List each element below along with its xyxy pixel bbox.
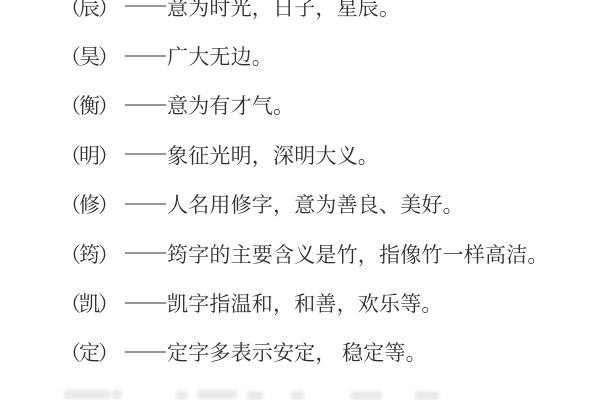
entry-meaning: 意为时光，日子，星辰。 xyxy=(167,0,400,22)
document-page: { "page": { "background": "#ffffff", "te… xyxy=(0,0,600,400)
paren-close: ） xyxy=(98,243,117,267)
entry-character: 衡 xyxy=(79,94,98,118)
clipped-glyph-fragment xyxy=(291,391,304,400)
entry-character-group: （明） xyxy=(60,140,117,170)
entry-meaning: 人名用修字，意为善良、美好。 xyxy=(167,189,464,219)
entry-character: 辰 xyxy=(79,0,98,20)
entry-meaning: 筠字的主要含义是竹，指像竹一样高洁。 xyxy=(167,239,549,269)
entry-meaning: 凯字指温和，和善，欢乐等。 xyxy=(167,288,443,318)
list-item: （定）——定字多表示安定， 稳定等。 xyxy=(0,328,600,377)
list-item: （衡）——意为有才气。 xyxy=(0,81,600,130)
entry-meaning: 象征光明，深明大义。 xyxy=(167,140,379,170)
em-dash-separator: —— xyxy=(125,42,165,67)
clipped-glyph-fragment xyxy=(64,390,110,399)
paren-close: ） xyxy=(98,144,117,168)
em-dash-separator: —— xyxy=(125,0,165,17)
paren-open: （ xyxy=(60,243,79,267)
clipped-glyph-fragment xyxy=(197,390,237,399)
entry-character-group: （衡） xyxy=(60,90,117,120)
clipped-glyph-fragment xyxy=(350,391,382,400)
list-item: （修）——人名用修字，意为善良、美好。 xyxy=(0,180,600,229)
entry-character: 昊 xyxy=(79,45,98,69)
paren-open: （ xyxy=(60,144,79,168)
em-dash-separator: —— xyxy=(125,338,165,363)
paren-open: （ xyxy=(60,94,79,118)
clipped-glyph-fragment xyxy=(247,391,263,400)
entry-character-group: （昊） xyxy=(60,41,117,71)
list-item: （筠）——筠字的主要含义是竹，指像竹一样高洁。 xyxy=(0,229,600,278)
clipped-glyph-fragment xyxy=(112,390,122,399)
entry-character: 筠 xyxy=(79,243,98,267)
em-dash-separator: —— xyxy=(125,91,165,116)
entry-meaning: 定字多表示安定， 稳定等。 xyxy=(167,337,427,367)
list-item: （凯）——凯字指温和，和善，欢乐等。 xyxy=(0,278,600,327)
em-dash-separator: —— xyxy=(125,239,165,264)
entry-character-group: （筠） xyxy=(60,239,117,269)
paren-open: （ xyxy=(60,0,79,20)
entry-meaning: 广大无边。 xyxy=(167,41,273,71)
entry-character: 定 xyxy=(79,341,98,365)
entry-character: 修 xyxy=(79,193,98,217)
list-item: （昊）——广大无边。 xyxy=(0,31,600,80)
paren-close: ） xyxy=(98,341,117,365)
clipped-glyph-fragment xyxy=(176,391,188,400)
paren-close: ） xyxy=(98,45,117,69)
list-rows: （辰）——意为时光，日子，星辰。（昊）——广大无边。（衡）——意为有才气。（明）… xyxy=(0,0,600,377)
entry-character-group: （修） xyxy=(60,189,117,219)
entry-character-group: （凯） xyxy=(60,288,117,318)
list-item: （辰）——意为时光，日子，星辰。 xyxy=(0,0,600,31)
clipped-glyph-fragment xyxy=(415,391,439,400)
paren-close: ） xyxy=(98,94,117,118)
list-item: （明）——象征光明，深明大义。 xyxy=(0,130,600,179)
entry-character-group: （定） xyxy=(60,337,117,367)
em-dash-separator: —— xyxy=(125,190,165,215)
entry-character-group: （辰） xyxy=(60,0,117,22)
em-dash-separator: —— xyxy=(125,289,165,314)
entry-meaning: 意为有才气。 xyxy=(167,90,294,120)
paren-open: （ xyxy=(60,45,79,69)
paren-close: ） xyxy=(98,292,117,316)
entry-character: 凯 xyxy=(79,292,98,316)
paren-close: ） xyxy=(98,0,117,20)
em-dash-separator: —— xyxy=(125,140,165,165)
paren-open: （ xyxy=(60,292,79,316)
name-meaning-list: （辰）——意为时光，日子，星辰。（昊）——广大无边。（衡）——意为有才气。（明）… xyxy=(0,0,600,377)
paren-open: （ xyxy=(60,193,79,217)
entry-character: 明 xyxy=(79,144,98,168)
paren-close: ） xyxy=(98,193,117,217)
paren-open: （ xyxy=(60,341,79,365)
